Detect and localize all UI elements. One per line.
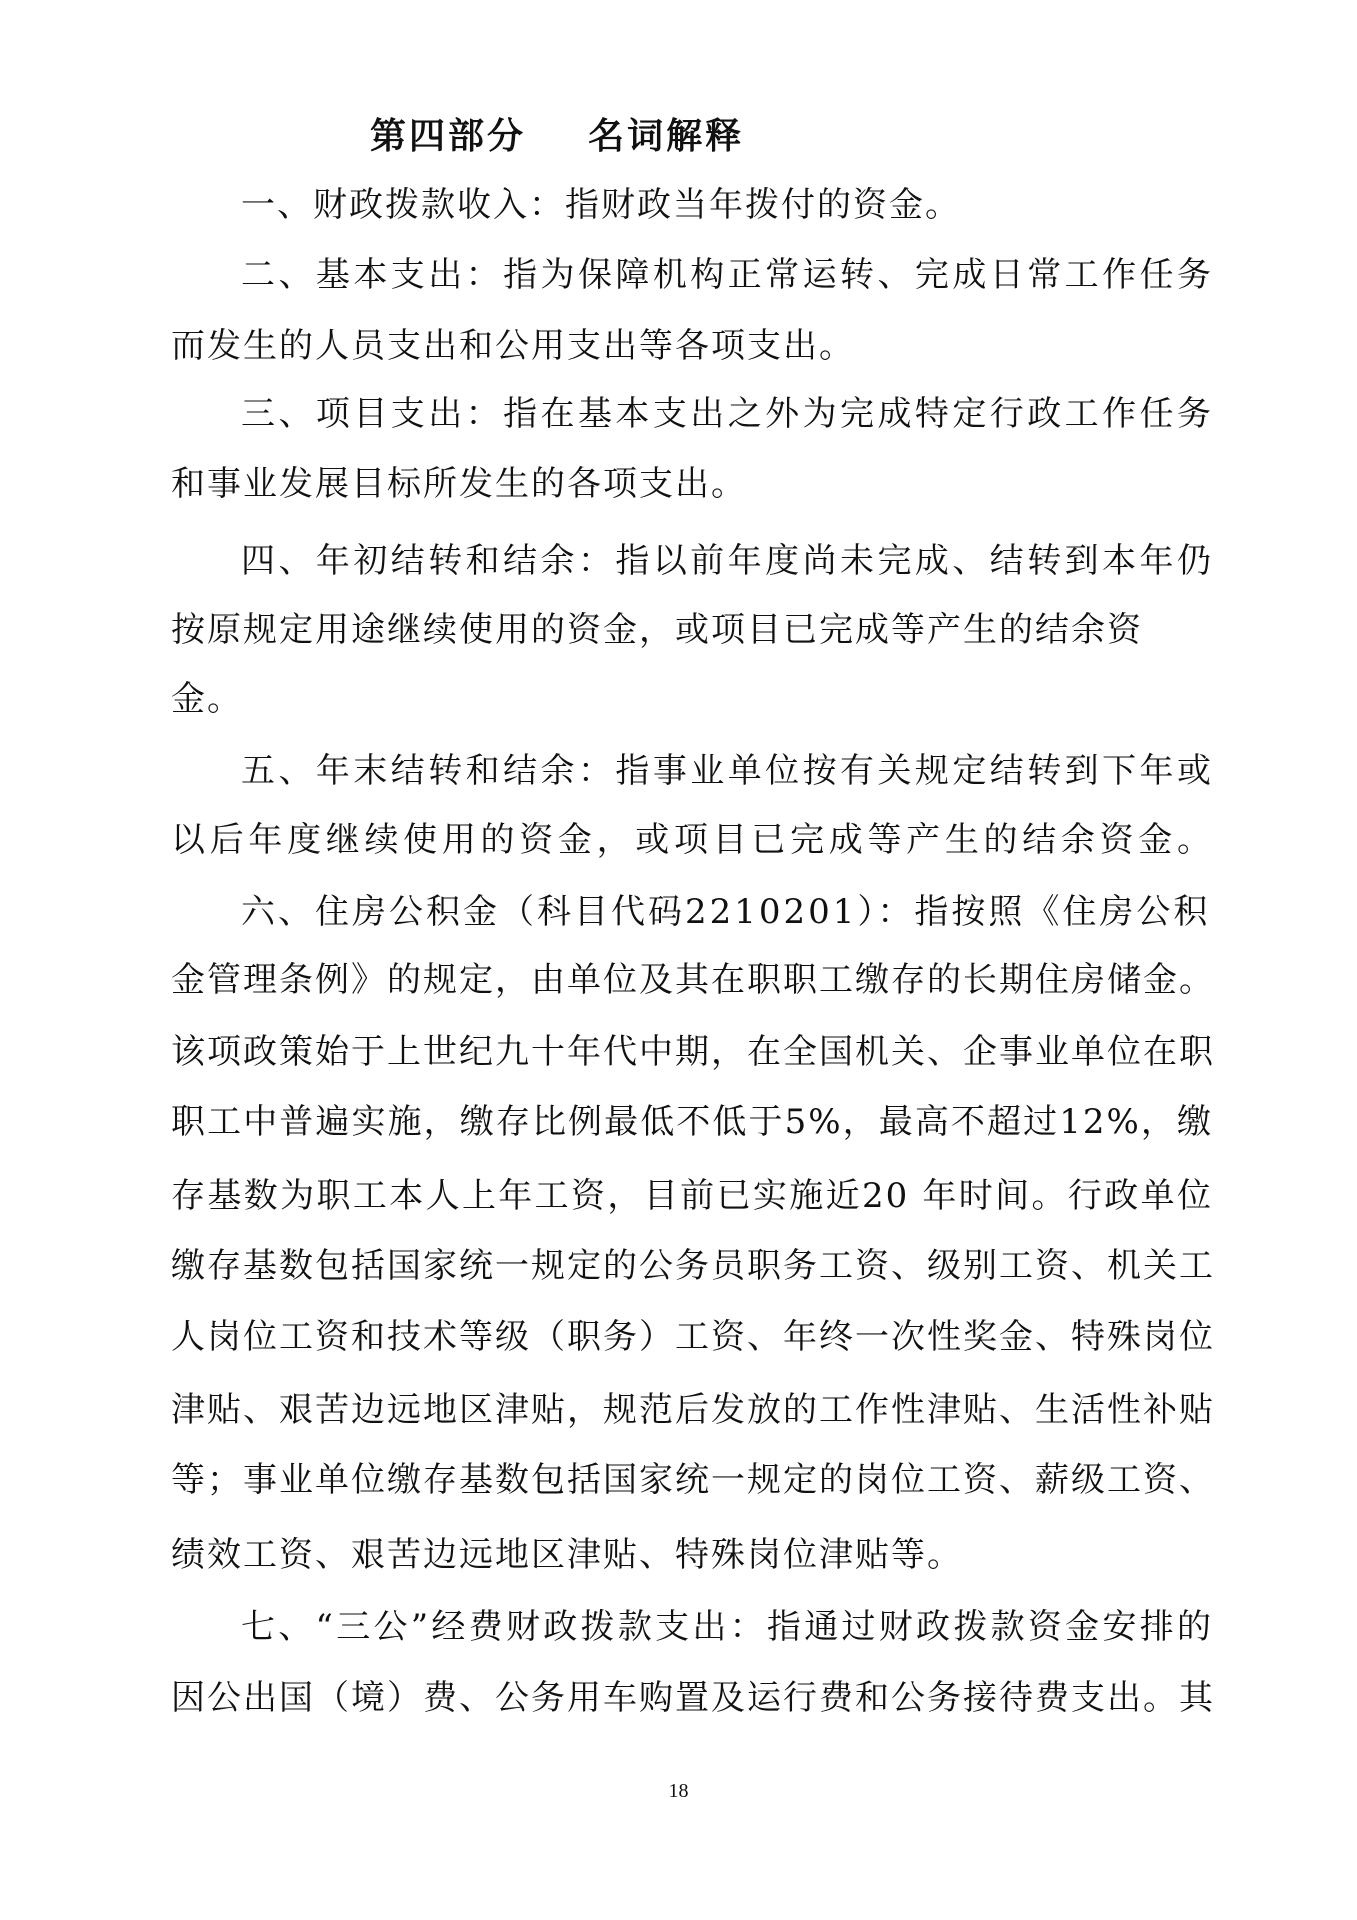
paragraph-3-line-1: 三、项目支出：指在基本支出之外为完成特定行政工作任务 [241,392,1213,436]
paragraph-6-line-5: 存基数为职工本人上年工资，目前已实施近20 年时间。行政单位 [171,1174,1213,1218]
paragraph-4-line-3: 金。 [171,677,243,721]
section-title: 第四部分 名词解释 [370,108,744,159]
paragraph-6-line-9: 等；事业单位缴存基数包括国家统一规定的岗位工资、薪级工资、 [171,1458,1213,1502]
paragraph-6-line-2: 金管理条例》的规定，由单位及其在职职工缴存的长期住房储金。 [171,958,1213,1002]
paragraph-1-line-1: 一、财政拨款收入：指财政当年拨付的资金。 [241,183,961,227]
paragraph-2-line-2: 而发生的人员支出和公用支出等各项支出。 [171,324,855,368]
paragraph-6-line-10: 绩效工资、艰苦边远地区津贴、特殊岗位津贴等。 [171,1533,963,1577]
paragraph-5-line-2: 以后年度继续使用的资金，或项目已完成等产生的结余资金。 [171,818,1213,862]
paragraph-6-line-6: 缴存基数包括国家统一规定的公务员职务工资、级别工资、机关工 [171,1244,1213,1288]
page-number: 18 [0,1780,1357,1803]
paragraph-3-line-2: 和事业发展目标所发生的各项支出。 [171,462,747,506]
paragraph-6-line-4: 职工中普遍实施，缴存比例最低不低于5%，最高不超过12%，缴 [171,1100,1213,1144]
paragraph-6-line-3: 该项政策始于上世纪九十年代中期，在全国机关、企事业单位在职 [171,1030,1213,1074]
paragraph-4-line-2: 按原规定用途继续使用的资金，或项目已完成等产生的结余资 [171,608,1143,652]
paragraph-2-line-1: 二、基本支出：指为保障机构正常运转、完成日常工作任务 [241,253,1213,297]
paragraph-7-line-1: 七、“三公”经费财政拨款支出：指通过财政拨款资金安排的 [241,1605,1213,1649]
paragraph-6-line-1: 六、住房公积金（科目代码2210201）：指按照《住房公积 [241,890,1210,934]
paragraph-6-line-8: 津贴、艰苦边远地区津贴，规范后发放的工作性津贴、生活性补贴 [171,1388,1213,1432]
paragraph-7-line-2: 因公出国（境）费、公务用车购置及运行费和公务接待费支出。其 [171,1676,1213,1720]
paragraph-4-line-1: 四、年初结转和结余：指以前年度尚未完成、结转到本年仍 [241,539,1213,583]
paragraph-6-line-7: 人岗位工资和技术等级（职务）工资、年终一次性奖金、特殊岗位 [171,1315,1213,1359]
paragraph-5-line-1: 五、年末结转和结余：指事业单位按有关规定结转到下年或 [241,749,1213,793]
